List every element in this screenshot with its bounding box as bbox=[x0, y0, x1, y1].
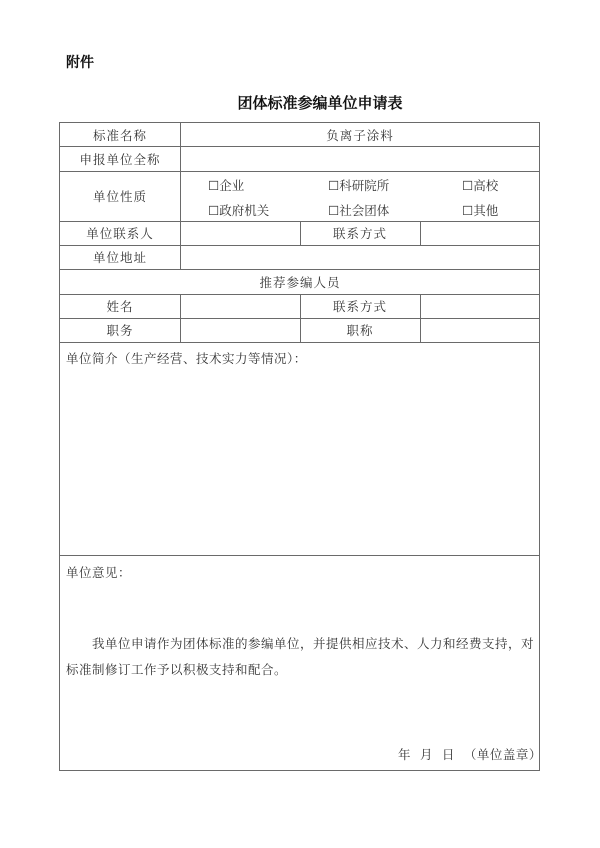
contact-method-label: 联系方式 bbox=[300, 221, 420, 245]
member-title-label: 职称 bbox=[300, 318, 420, 342]
address-label: 单位地址 bbox=[60, 245, 180, 269]
option-university[interactable]: ☐高校 bbox=[462, 176, 498, 194]
member-position-field[interactable] bbox=[180, 318, 300, 342]
statement-line-2: 标准制修订工作予以积极支持和配合。 bbox=[66, 660, 287, 678]
option-social-organization[interactable]: ☐社会团体 bbox=[328, 201, 389, 219]
member-name-field[interactable] bbox=[180, 294, 300, 318]
option-label: 政府机关 bbox=[219, 203, 269, 218]
recommended-members-heading: 推荐参编人员 bbox=[60, 269, 540, 294]
member-name-label: 姓名 bbox=[60, 294, 180, 318]
option-label: 企业 bbox=[219, 178, 244, 193]
introduction-field[interactable] bbox=[60, 369, 540, 555]
option-label: 高校 bbox=[473, 178, 498, 193]
address-field[interactable] bbox=[180, 245, 540, 269]
member-contact-field[interactable] bbox=[420, 294, 540, 318]
introduction-label: 单位简介（生产经营、技术实力等情况）： bbox=[66, 349, 307, 367]
contact-method-field[interactable] bbox=[420, 221, 540, 245]
divider bbox=[60, 342, 539, 343]
divider bbox=[60, 555, 539, 556]
option-research-institute[interactable]: ☐科研院所 bbox=[328, 176, 389, 194]
application-form: 标准名称 负离子涂料 申报单位全称 单位性质 ☐企业 ☐科研院所 ☐高校 ☐政府… bbox=[59, 122, 540, 771]
opinion-label: 单位意见： bbox=[66, 563, 131, 581]
member-contact-label: 联系方式 bbox=[300, 294, 420, 318]
contact-person-label: 单位联系人 bbox=[60, 221, 180, 245]
applicant-name-field[interactable] bbox=[180, 146, 540, 171]
standard-name-value[interactable]: 负离子涂料 bbox=[180, 123, 540, 146]
option-other[interactable]: ☐其他 bbox=[462, 201, 498, 219]
applicant-name-label: 申报单位全称 bbox=[60, 146, 180, 171]
contact-person-field[interactable] bbox=[180, 221, 300, 245]
member-title-field[interactable] bbox=[420, 318, 540, 342]
option-label: 社会团体 bbox=[339, 203, 389, 218]
unit-nature-label: 单位性质 bbox=[60, 171, 180, 221]
statement-line-1: 我单位申请作为团体标准的参编单位，并提供相应技术、人力和经费支持，对 bbox=[92, 634, 534, 652]
option-label: 科研院所 bbox=[339, 178, 389, 193]
page-title: 团体标准参编单位申请表 bbox=[0, 92, 600, 113]
member-position-label: 职务 bbox=[60, 318, 180, 342]
date-stamp: 年 月 日 （单位盖章） bbox=[398, 745, 542, 763]
option-label: 其他 bbox=[473, 203, 498, 218]
option-enterprise[interactable]: ☐企业 bbox=[208, 176, 244, 194]
standard-name-label: 标准名称 bbox=[60, 123, 180, 146]
option-government[interactable]: ☐政府机关 bbox=[208, 201, 269, 219]
attachment-label: 附件 bbox=[66, 52, 94, 72]
